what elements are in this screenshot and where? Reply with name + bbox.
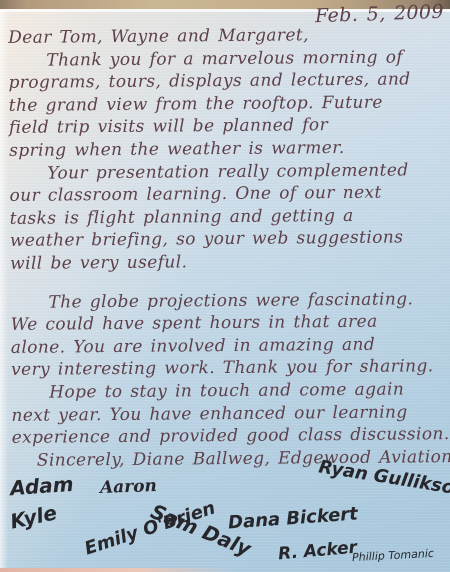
letter-line: will be very useful. bbox=[10, 249, 446, 275]
paragraph-4: Hope to stay in touch and come again nex… bbox=[11, 378, 448, 450]
letter-body: Dear Tom, Wayne and Margaret, Thank you … bbox=[8, 23, 448, 472]
letter-line: the grand view from the rooftop. Future bbox=[9, 91, 445, 117]
paragraph-3: The globe projections were fascinating. … bbox=[10, 288, 447, 382]
paragraph-1: Thank you for a marvelous morning of pro… bbox=[8, 46, 445, 163]
letter-line: weather briefing, so your web suggestion… bbox=[10, 226, 446, 252]
letter-line: our classroom learning. One of our next bbox=[9, 181, 445, 207]
paragraph-2: Your presentation really complemented ou… bbox=[9, 159, 446, 276]
letter-line: The globe projections were fascinating. bbox=[10, 288, 446, 314]
letter-line: Hope to stay in touch and come again bbox=[11, 378, 447, 404]
signature: Adam bbox=[9, 472, 74, 500]
paper-left-edge-highlight bbox=[0, 9, 8, 572]
letter-photo: Feb. 5, 2009 Dear Tom, Wayne and Margare… bbox=[0, 0, 450, 572]
photo-bottom-edge bbox=[0, 568, 230, 572]
signature: Aaron bbox=[100, 476, 158, 498]
letter-line: experience and provided good class discu… bbox=[12, 423, 448, 449]
